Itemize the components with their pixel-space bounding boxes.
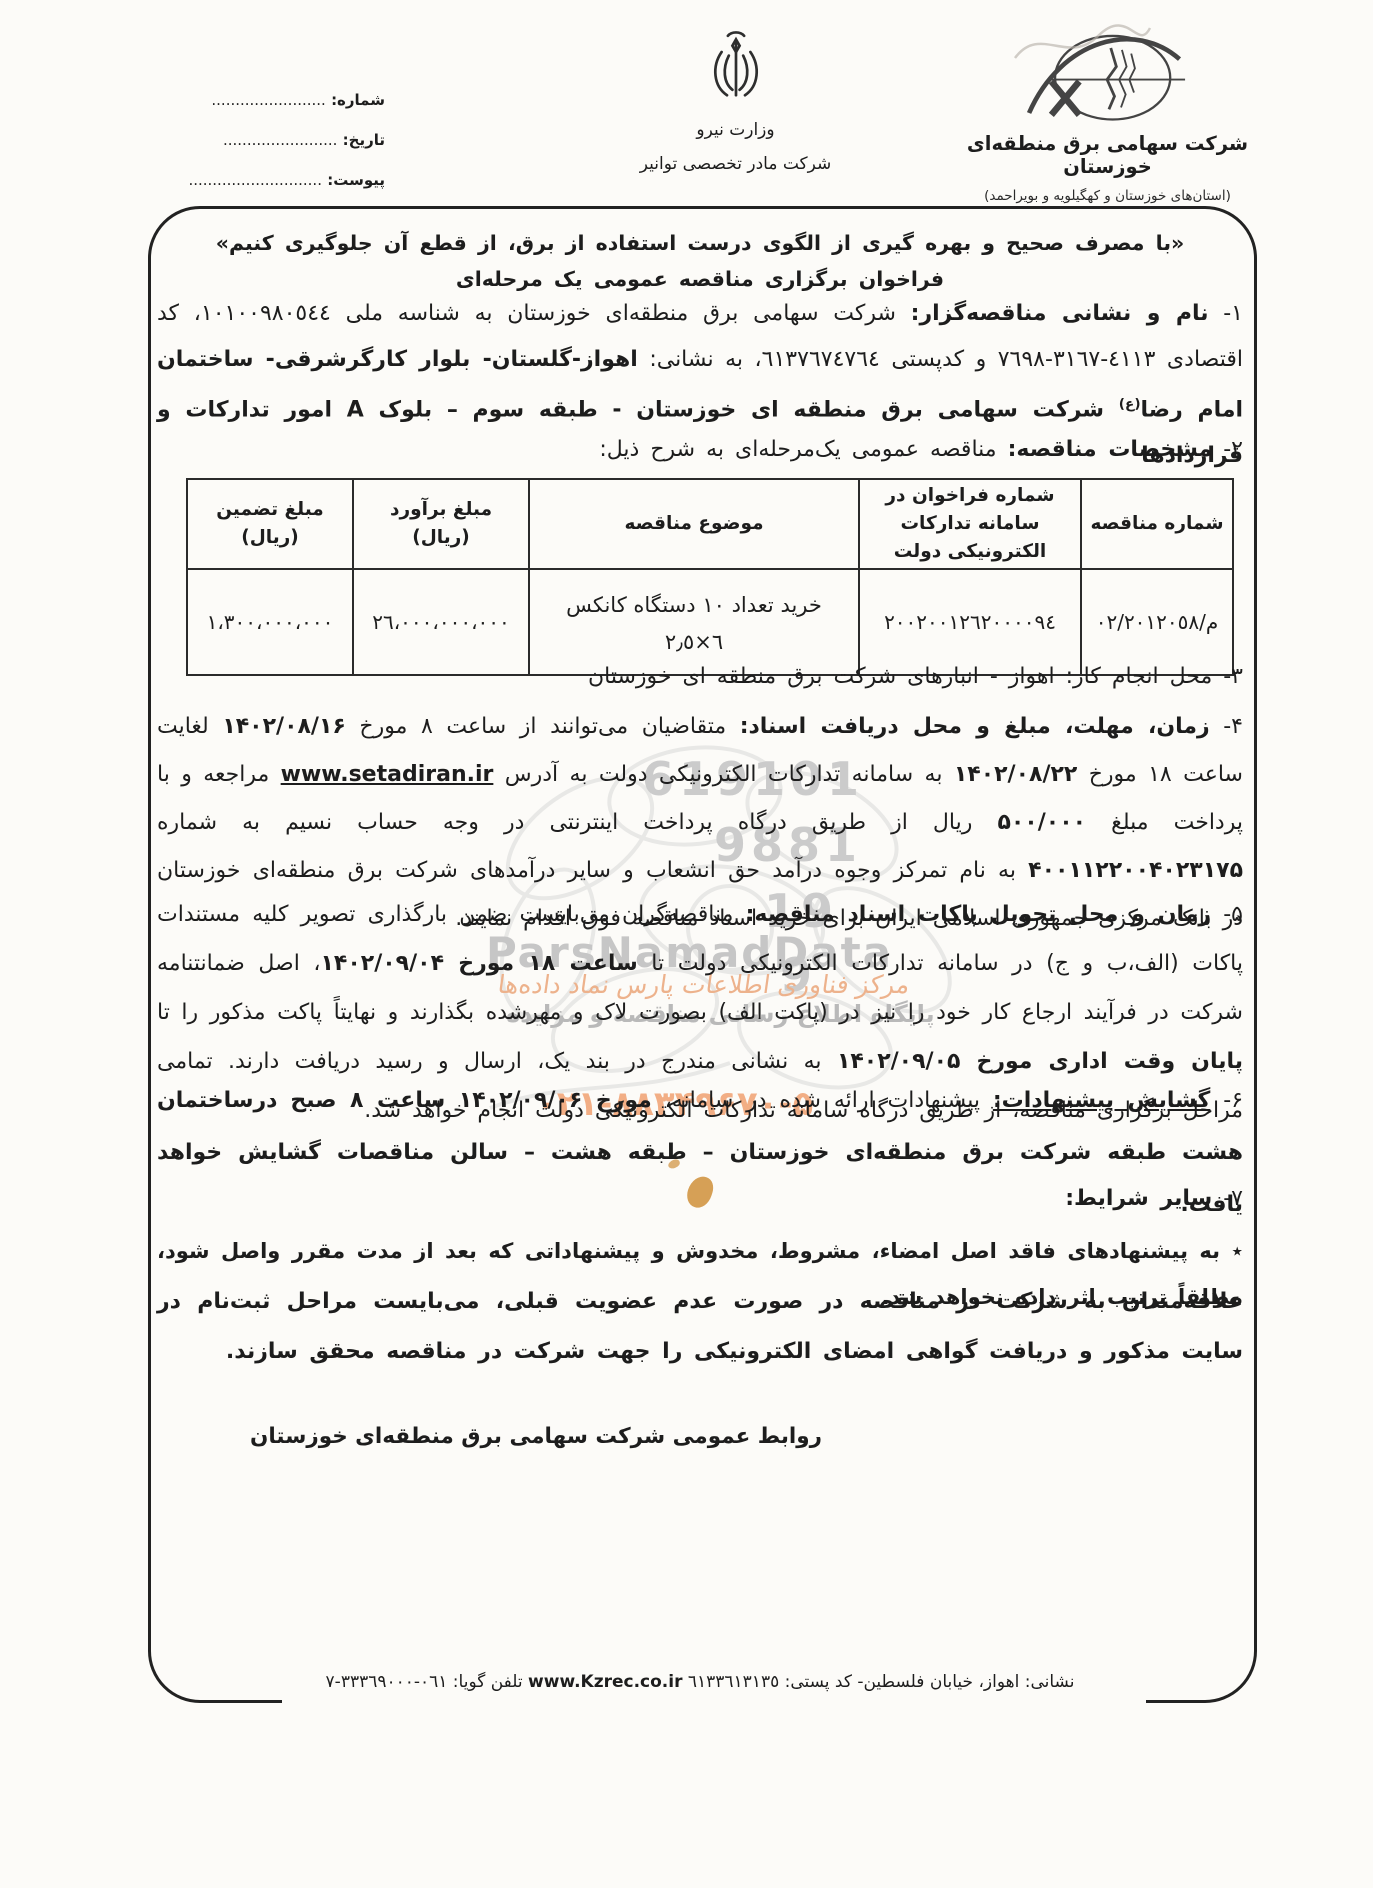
dotted-line: ........................ [223,131,337,149]
scanned-tender-document: { "header": { "org_name": "شرکت سهامی بر… [0,0,1373,1888]
iran-emblem-icon [709,30,763,110]
text-segment: مورخ ۱۴۰۲/۰۹/۰۶ ساعت ۸ صبح [290,1088,651,1113]
col-header-subject: موضوع مناقصه [529,479,859,569]
text-segment: زمان، مهلت، مبلغ و محل دریافت اسناد: [740,714,1210,739]
col-header-estimate: مبلغ برآورد (ریال) [353,479,529,569]
field-date: تاریخ: ........................ [145,120,385,160]
text-segment: مشخصات مناقصه: [1008,437,1213,462]
text-segment: ۱۴۰۲/۰۸/۲۲ [954,762,1078,787]
text-segment: ۲- [1212,437,1243,462]
text-segment: تلفن گویا: [447,1672,528,1692]
text-segment: ٠٦١-٣٣٣٦٩٠٠٠-٧ [326,1672,448,1692]
text-segment: نشانی: اهواز، خیابان فلسطین- کد پستی: ٦١… [682,1672,1074,1692]
dotted-line: ............................ [188,171,322,189]
tender-item-2-specs: ۲- مشخصات مناقصه: مناقصه عمومی یک‌مرحله‌… [157,427,1243,473]
footer-address-line: نشانی: اهواز، خیابان فلسطین- کد پستی: ٦١… [157,1672,1243,1692]
field-date-label: تاریخ: [343,131,385,149]
col-header-callout-number: شماره فراخوان در سامانه تدارکات الکترونی… [859,479,1081,569]
text-segment: زمان و محل تحویل پاکات اسناد مناقصه: [746,902,1211,927]
letterhead-fields: شماره: ........................ تاریخ: .… [145,80,385,200]
text-segment: ساعت ۱۸ مورخ ۱۴۰۲/۰۹/۰۴ [321,951,638,976]
parent-company-name: شرکت مادر تخصصی توانیر [628,154,843,174]
ministry-block: وزارت نیرو شرکت مادر تخصصی توانیر [628,30,843,174]
text-segment: ۴۰۰۱۱۲۲۰۰۴۰۲۳۱۷۵ [1028,858,1243,883]
text-segment: و کدپستی ٦١٣٧٦٧٤٧٦٤، به نشانی: [638,347,998,372]
ministry-name: وزارت نیرو [628,120,843,140]
field-number-label: شماره: [331,91,385,109]
tender-item-3-work-location: ۳- محل انجام کار: اهواز - انبارهای شرکت … [157,654,1243,700]
field-number: شماره: ........................ [145,80,385,120]
page-title: فراخوان برگزاری مناقصه عمومی یک مرحله‌ای [157,264,1243,294]
text-segment: ۵۰۰/۰۰۰ [997,810,1086,835]
text-segment: www.setadiran.ir [281,762,494,787]
pencil-mark [1010,16,1160,80]
tender-number: م/٠٢/٢٠١٢٠٥٨ [1096,610,1219,634]
subject-line1: خرید تعداد ١٠ دستگاه کانکس [536,585,852,625]
text-segment: علاقه‌مندان به شرکت در مناقصه در صورت عد… [157,1289,1243,1364]
text-segment: ۱- [1208,301,1243,326]
text-segment: www.Kzrec.co.ir [528,1672,682,1692]
text-segment [277,1088,290,1113]
tender-item-7-other-conditions: ۷- سایر شرایط: [157,1176,1243,1222]
text-segment: A [347,397,364,422]
text-segment: ۱۴۰۲/۰۸/۱۶ [222,714,346,739]
public-relations-signature: روابط عمومی شرکت سهامی برق منطقه‌ای خوزس… [250,1424,822,1449]
col-header-tender-number: شماره مناقصه [1081,479,1233,569]
text-segment: ۳- محل انجام کار: اهواز - انبارهای شرکت … [588,664,1243,689]
text-segment: ریال از طریق درگاه پرداخت اینترنتی در وج… [157,810,997,835]
text-segment: نام و نشانی مناقصه‌گزار: [911,301,1209,326]
text-segment: ۵- [1211,902,1243,927]
text-segment: به سامانه تدارکات الکترونیکی دولت به آدر… [493,762,953,787]
field-attachment-label: پیوست: [327,171,385,189]
tender-table: شماره مناقصه شماره فراخوان در سامانه تدا… [186,478,1234,676]
text-segment: ٭ [1220,1239,1243,1263]
table-header-row: شماره مناقصه شماره فراخوان در سامانه تدا… [187,479,1233,569]
field-attachment: پیوست: ............................ [145,160,385,200]
text-segment: ٤١١٣-٣١٦٧-٧٦٩٨ [998,347,1156,372]
text-segment: پیشنهادات ارائه شده در سامانه، [652,1088,993,1113]
text-segment: ۷- [1212,1186,1243,1211]
text-segment: مناقصه عمومی یک‌مرحله‌ای به شرح ذیل: [599,437,1007,462]
slogan: «با مصرف صحیح و بهره گیری از الگوی درست … [157,228,1243,258]
org-subtitle: (استان‌های خوزستان و کهگیلویه و بویراحمد… [950,188,1265,204]
dotted-line: ........................ [211,91,325,109]
text-segment: گشایش پیشنهادات: [993,1088,1210,1113]
text-segment: شرکت سهامی برق منطقه ای خوزستان - طبقه س… [364,397,1119,422]
text-segment: ۶- [1210,1088,1243,1113]
org-name: شرکت سهامی برق منطقه‌ای خوزستان [950,132,1265,178]
registration-note: علاقه‌مندان به شرکت در مناقصه در صورت عد… [157,1277,1243,1377]
col-header-guarantee: مبلغ تضمین (ریال) [187,479,353,569]
text-segment: (ع) [1119,396,1141,412]
text-segment: متقاضیان می‌توانند از ساعت ۸ مورخ [346,714,740,739]
text-segment: پایان وقت اداری مورخ ۱۴۰۲/۰۹/۰۵ [837,1049,1243,1074]
text-segment: ۴- [1210,714,1243,739]
text-segment: سایر شرایط: [1065,1186,1212,1211]
